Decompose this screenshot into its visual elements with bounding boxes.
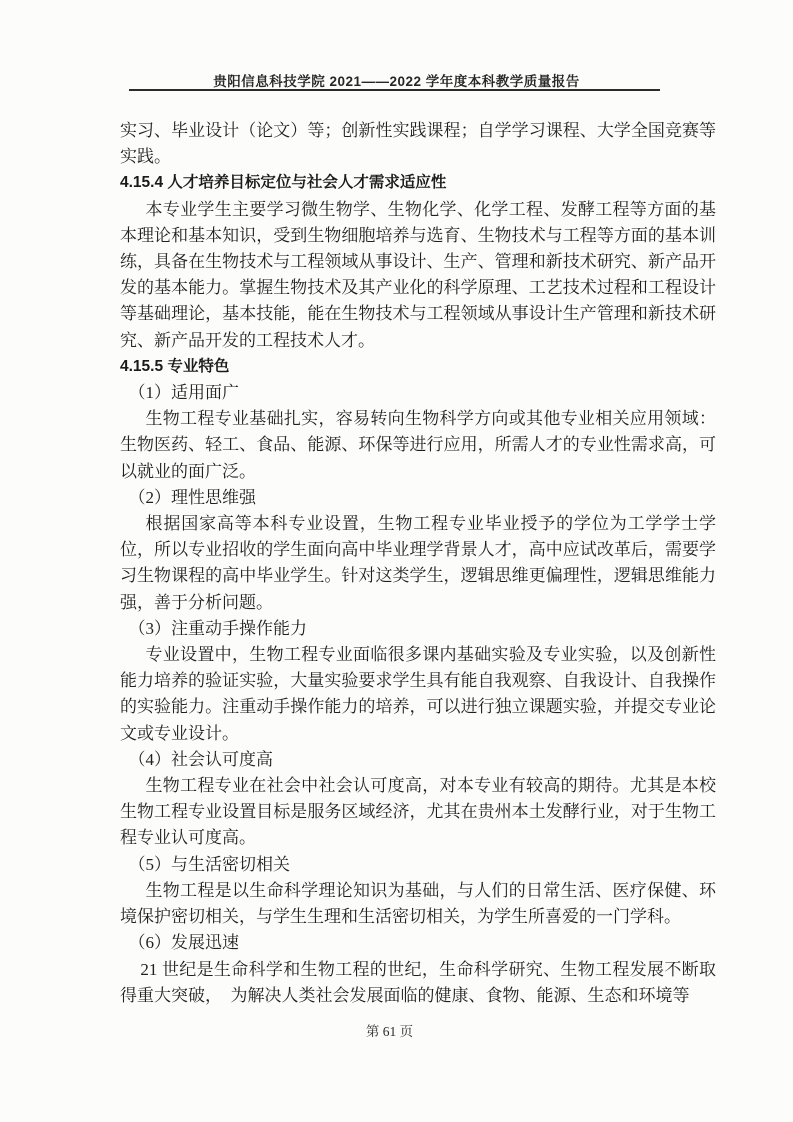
document-body: 实习、毕业设计（论文）等；创新性实践课程；自学学习课程、大学全国竞赛等实践。 4… <box>120 118 716 1009</box>
paragraph-feature-6-rapid-development: 21 世纪是生命科学和生物工程的世纪，生命科学研究、生物工程发展不断取得重大突破… <box>120 957 716 1009</box>
subheading-feature-3: （3）注重动手操作能力 <box>120 616 716 642</box>
section-heading-4-15-4: 4.15.4 人才培养目标定位与社会人才需求适应性 <box>120 170 716 196</box>
paragraph-feature-1-wide-application: 生物工程专业基础扎实，容易转向生物科学方向或其他专业相关应用领域：生物医药、轻工… <box>120 406 716 485</box>
subheading-feature-6: （6）发展迅速 <box>120 930 716 956</box>
page-header-title: 贵阳信息科技学院 2021——2022 学年度本科教学质量报告 <box>0 70 793 90</box>
subheading-feature-5: （5）与生活密切相关 <box>120 852 716 878</box>
paragraph-feature-4-social-recognition: 生物工程专业在社会中社会认可度高，对本专业有较高的期待。尤其是本校生物工程专业设… <box>120 773 716 852</box>
section-heading-4-15-5: 4.15.5 专业特色 <box>120 354 716 380</box>
paragraph-major-training-overview: 本专业学生主要学习微生物学、生物化学、化学工程、发酵工程等方面的基本理论和基本知… <box>120 197 716 354</box>
header-divider-rule <box>129 89 660 91</box>
paragraph-feature-3-hands-on: 专业设置中，生物工程专业面临很多课内基础实验及专业实验，以及创新性能力培养的验证… <box>120 642 716 747</box>
subheading-feature-2: （2）理性思维强 <box>120 485 716 511</box>
paragraph-practice-courses: 实习、毕业设计（论文）等；创新性实践课程；自学学习课程、大学全国竞赛等实践。 <box>120 118 716 170</box>
page-number: 第 61 页 <box>0 1020 779 1040</box>
paragraph-feature-5-daily-life: 生物工程是以生命科学理论知识为基础，与人们的日常生活、医疗保健、环境保护密切相关… <box>120 878 716 930</box>
paragraph-feature-2-rational-thinking: 根据国家高等本科专业设置，生物工程专业毕业授予的学位为工学学士学位，所以专业招收… <box>120 511 716 616</box>
subheading-feature-4: （4）社会认可度高 <box>120 747 716 773</box>
document-page: 贵阳信息科技学院 2021——2022 学年度本科教学质量报告 实习、毕业设计（… <box>0 0 793 1122</box>
subheading-feature-1: （1）适用面广 <box>120 380 716 406</box>
